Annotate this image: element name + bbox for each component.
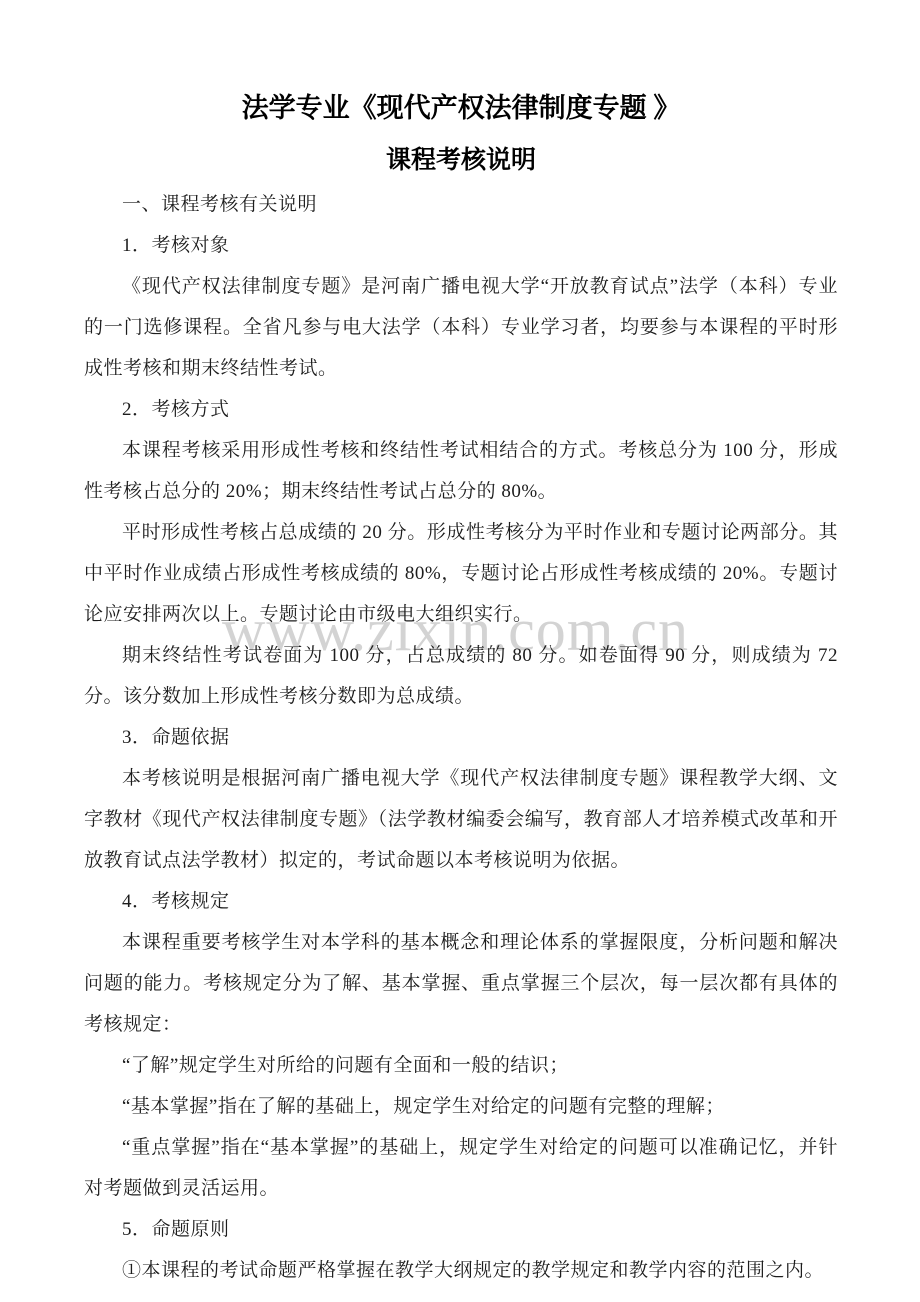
- paragraph: “基本掌握”指在了解的基础上，规定学生对给定的问题有完整的理解；: [84, 1086, 838, 1127]
- section-heading: 2．考核方式: [84, 389, 838, 430]
- document-content: 法学专业《现代产权法律制度专题 》 课程考核说明 一、课程考核有关说明 1．考核…: [84, 0, 838, 1291]
- document-title-line2: 课程考核说明: [84, 143, 838, 179]
- paragraph: ①本课程的考试命题严格掌握在教学大纲规定的教学规定和教学内容的范围之内。: [84, 1250, 838, 1291]
- paragraph: 平时形成性考核占总成绩的 20 分。形成性考核分为平时作业和专题讨论两部分。其中…: [84, 512, 838, 635]
- paragraph: “重点掌握”指在“基本掌握”的基础上，规定学生对给定的问题可以准确记忆，并针对考…: [84, 1127, 838, 1209]
- document-title-line1: 法学专业《现代产权法律制度专题 》: [84, 90, 838, 126]
- section-heading: 1．考核对象: [84, 225, 838, 266]
- document-page: www.zixin.com.cn 法学专业《现代产权法律制度专题 》 课程考核说…: [0, 0, 920, 1302]
- section-heading: 5．命题原则: [84, 1209, 838, 1250]
- paragraph: 本课程考核采用形成性考核和终结性考试相结合的方式。考核总分为 100 分，形成性…: [84, 430, 838, 512]
- section-heading: 一、课程考核有关说明: [84, 184, 838, 225]
- paragraph: “了解”规定学生对所给的问题有全面和一般的结识；: [84, 1045, 838, 1086]
- paragraph: 《现代产权法律制度专题》是河南广播电视大学“开放教育试点”法学（本科）专业的一门…: [84, 266, 838, 389]
- document-body: 一、课程考核有关说明 1．考核对象 《现代产权法律制度专题》是河南广播电视大学“…: [84, 184, 838, 1291]
- section-heading: 4．考核规定: [84, 881, 838, 922]
- paragraph: 期末终结性考试卷面为 100 分，占总成绩的 80 分。如卷面得 90 分，则成…: [84, 635, 838, 717]
- paragraph: 本考核说明是根据河南广播电视大学《现代产权法律制度专题》课程教学大纲、文字教材《…: [84, 758, 838, 881]
- paragraph: 本课程重要考核学生对本学科的基本概念和理论体系的掌握限度，分析问题和解决问题的能…: [84, 922, 838, 1045]
- section-heading: 3．命题依据: [84, 717, 838, 758]
